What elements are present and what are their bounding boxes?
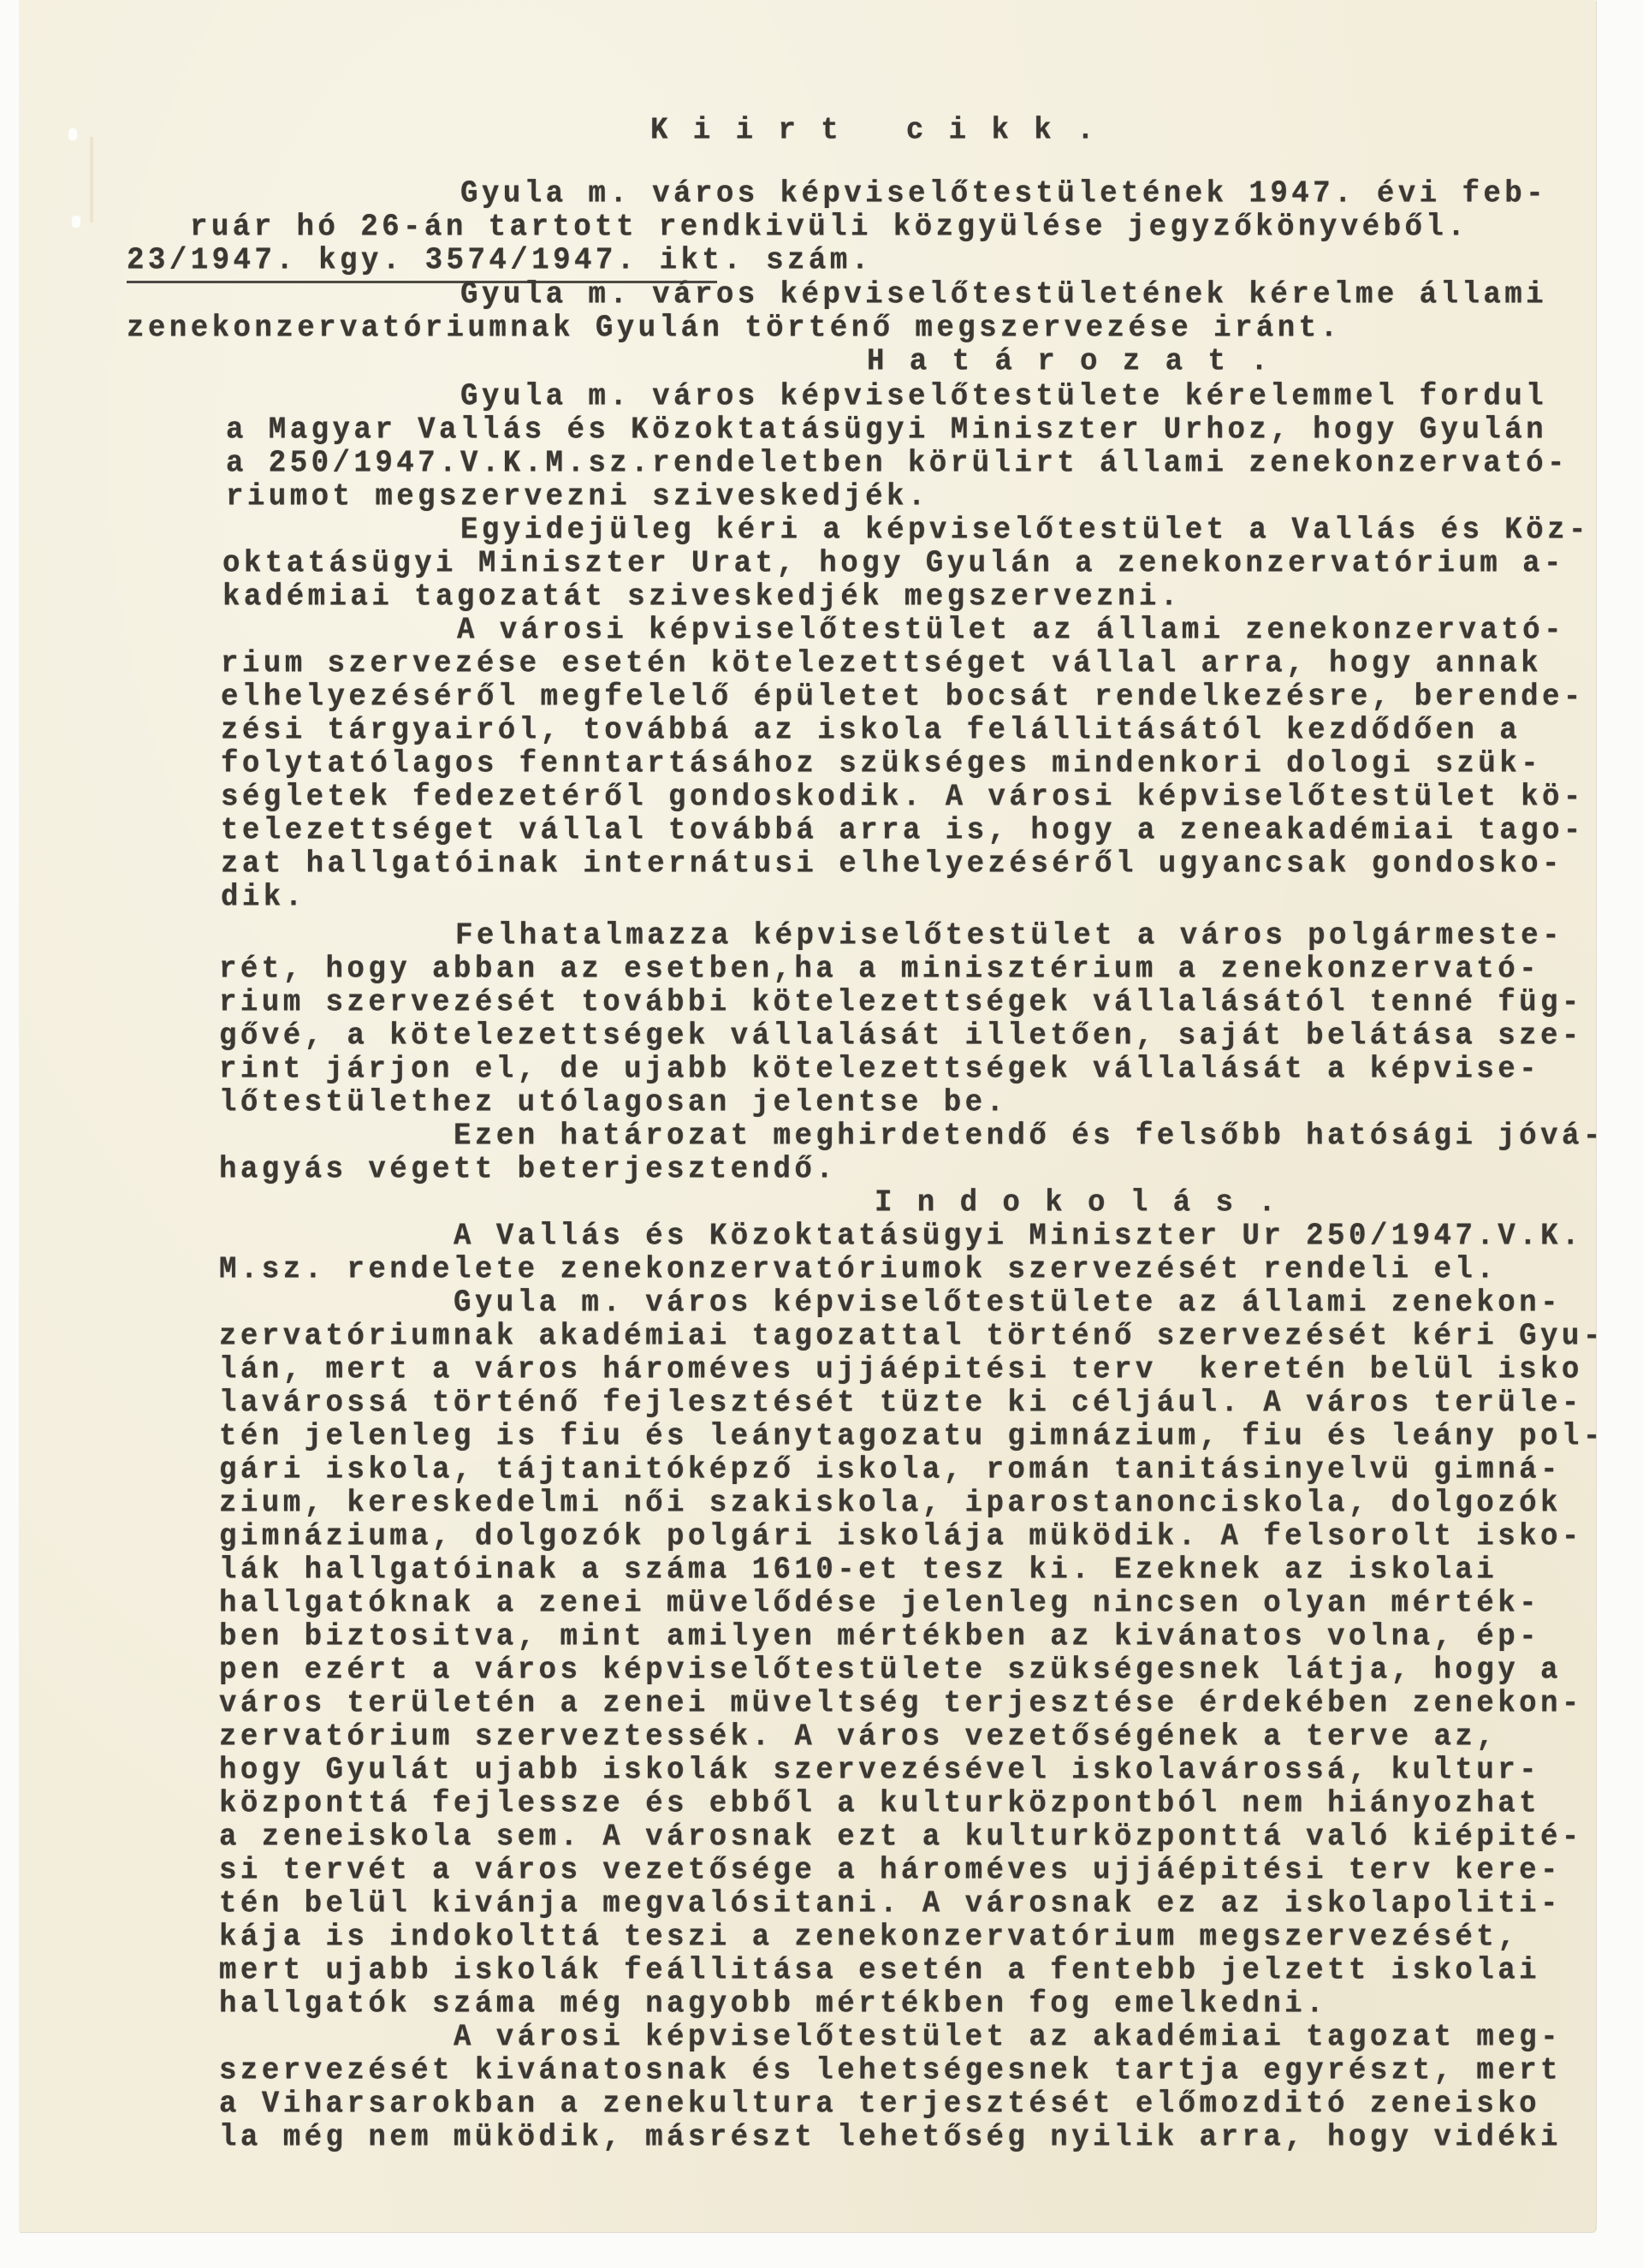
justification-heading: I n d o k o l á s . bbox=[875, 1186, 1279, 1220]
justification-line: központtá fejlessze és ebből a kulturköz… bbox=[219, 1787, 1540, 1821]
justification-line: mert ujabb iskolák feállitása esetén a f… bbox=[219, 1954, 1540, 1988]
justification-line: hogy Gyulát ujabb iskolák szervezésével … bbox=[219, 1754, 1540, 1788]
justification-line: A Vallás és Közoktatásügyi Miniszter Ur … bbox=[454, 1220, 1583, 1254]
resolution-line: a 250/1947.V.K.M.sz.rendeletben körülirt… bbox=[226, 447, 1569, 481]
document-title: K i i r t c i k k . bbox=[650, 114, 1098, 148]
resolution-line: Egyidejüleg kéri a képviselőtestület a V… bbox=[460, 514, 1590, 548]
justification-line: zium, kereskedelmi női szakiskola, iparo… bbox=[219, 1487, 1562, 1521]
resolution-line: folytatólagos fenntartásához szükséges m… bbox=[221, 747, 1542, 781]
justification-line: la még nem müködik, másrészt lehetőség n… bbox=[219, 2121, 1562, 2155]
header-line: Gyula m. város képviselőtestületének 194… bbox=[460, 177, 1547, 211]
justification-line: a zeneiskola sem. A városnak ezt a kultu… bbox=[219, 1820, 1583, 1855]
staple-stain bbox=[89, 137, 94, 223]
justification-line: zervatóriumnak akadémiai tagozattal tört… bbox=[219, 1320, 1604, 1354]
reference-number: 23/1947. kgy. 3574/1947. ikt. szám. bbox=[127, 244, 873, 278]
resolution-line: A városi képviselőtestület az állami zen… bbox=[457, 614, 1565, 648]
staple-hole bbox=[72, 216, 80, 228]
header-line: Gyula m. város képviselőtestületének kér… bbox=[460, 278, 1547, 312]
staple-hole bbox=[68, 128, 77, 140]
justification-line: pen ezért a város képviselőtestülete szü… bbox=[219, 1654, 1562, 1688]
justification-line: szervezését kivánatosnak és lehetségesne… bbox=[219, 2054, 1562, 2088]
justification-line: M.sz. rendelete zenekonzervatóriumok sze… bbox=[219, 1253, 1498, 1287]
resolution-line: rium szervezését további kötelezettségek… bbox=[219, 986, 1583, 1020]
header-line: zenekonzervatóriumnak Gyulán történő meg… bbox=[127, 312, 1342, 346]
justification-line: hallgatók száma még nagyobb mértékben fo… bbox=[219, 1987, 1327, 2022]
resolution-line: riumot megszervezni sziveskedjék. bbox=[226, 480, 929, 514]
resolution-line: rium szervezése esetén kötelezettséget v… bbox=[221, 647, 1542, 681]
resolution-line: zési tárgyairól, továbbá az iskola felál… bbox=[221, 714, 1521, 748]
justification-line: lavárossá történő fejlesztését tüzte ki … bbox=[219, 1386, 1583, 1421]
resolution-line: rint járjon el, de ujabb kötelezettségek… bbox=[219, 1053, 1540, 1087]
resolution-line: Gyula m. város képviselőtestülete kérele… bbox=[460, 380, 1547, 414]
justification-line: gári iskola, tájtanitóképző iskola, romá… bbox=[219, 1453, 1562, 1487]
justification-line: lák hallgatóinak a száma 1610-et tesz ki… bbox=[219, 1553, 1498, 1588]
resolution-line: oktatásügyi Miniszter Urat, hogy Gyulán … bbox=[222, 547, 1565, 581]
justification-line: hallgatóknak a zenei müvelődése jelenleg… bbox=[219, 1587, 1540, 1621]
resolution-line: Felhatalmazza képviselőtestület a város … bbox=[455, 919, 1563, 953]
resolution-line: gővé, a kötelezettségek vállalását illet… bbox=[219, 1019, 1583, 1054]
justification-line: kája is indokolttá teszi a zenekonzervat… bbox=[219, 1921, 1519, 1955]
resolution-line: zat hallgatóinak internátusi elhelyezésé… bbox=[221, 847, 1563, 882]
justification-line: zervatórium szerveztessék. A város vezet… bbox=[219, 1720, 1498, 1754]
resolution-line: telezettséget vállal továbbá arra is, ho… bbox=[221, 814, 1585, 848]
justification-line: város területén a zenei müveltség terjes… bbox=[219, 1687, 1583, 1721]
resolution-line: rét, hogy abban az esetben,ha a miniszté… bbox=[219, 953, 1540, 987]
resolution-line: Ezen határozat meghirdetendő és felsőbb … bbox=[454, 1119, 1604, 1154]
justification-line: lán, mert a város hároméves ujjáépitési … bbox=[219, 1353, 1583, 1387]
resolution-line: elhelyezéséről megfelelő épületet bocsát… bbox=[221, 680, 1585, 715]
resolution-heading: H a t á r o z a t . bbox=[867, 345, 1272, 379]
justification-line: tén belül kivánja megvalósitani. A város… bbox=[219, 1887, 1562, 1921]
header-line: ruár hó 26-án tartott rendkivüli közgyül… bbox=[190, 211, 1468, 245]
resolution-line: a Magyar Vallás és Közoktatásügyi Minisz… bbox=[226, 413, 1547, 448]
resolution-line: dik. bbox=[221, 881, 306, 915]
justification-line: a Viharsarokban a zenekultura terjesztés… bbox=[219, 2087, 1540, 2122]
resolution-line: kadémiai tagozatát sziveskedjék megszerv… bbox=[222, 580, 1182, 614]
resolution-line: ségletek fedezetéről gondoskodik. A váro… bbox=[221, 781, 1585, 815]
justification-line: Gyula m. város képviselőtestülete az áll… bbox=[454, 1286, 1562, 1321]
justification-line: A városi képviselőtestület az akadémiai … bbox=[454, 2021, 1562, 2055]
justification-line: tén jelenleg is fiu és leánytagozatu gim… bbox=[219, 1420, 1604, 1454]
justification-line: gimnáziuma, dolgozók polgári iskolája mü… bbox=[219, 1520, 1583, 1554]
justification-line: si tervét a város vezetősége a hároméves… bbox=[219, 1854, 1562, 1888]
resolution-line: hagyás végett beterjesztendő. bbox=[219, 1153, 837, 1187]
resolution-line: lőtestülethez utólagosan jelentse be. bbox=[219, 1086, 1007, 1120]
justification-line: ben biztositva, mint amilyen mértékben a… bbox=[219, 1620, 1540, 1654]
